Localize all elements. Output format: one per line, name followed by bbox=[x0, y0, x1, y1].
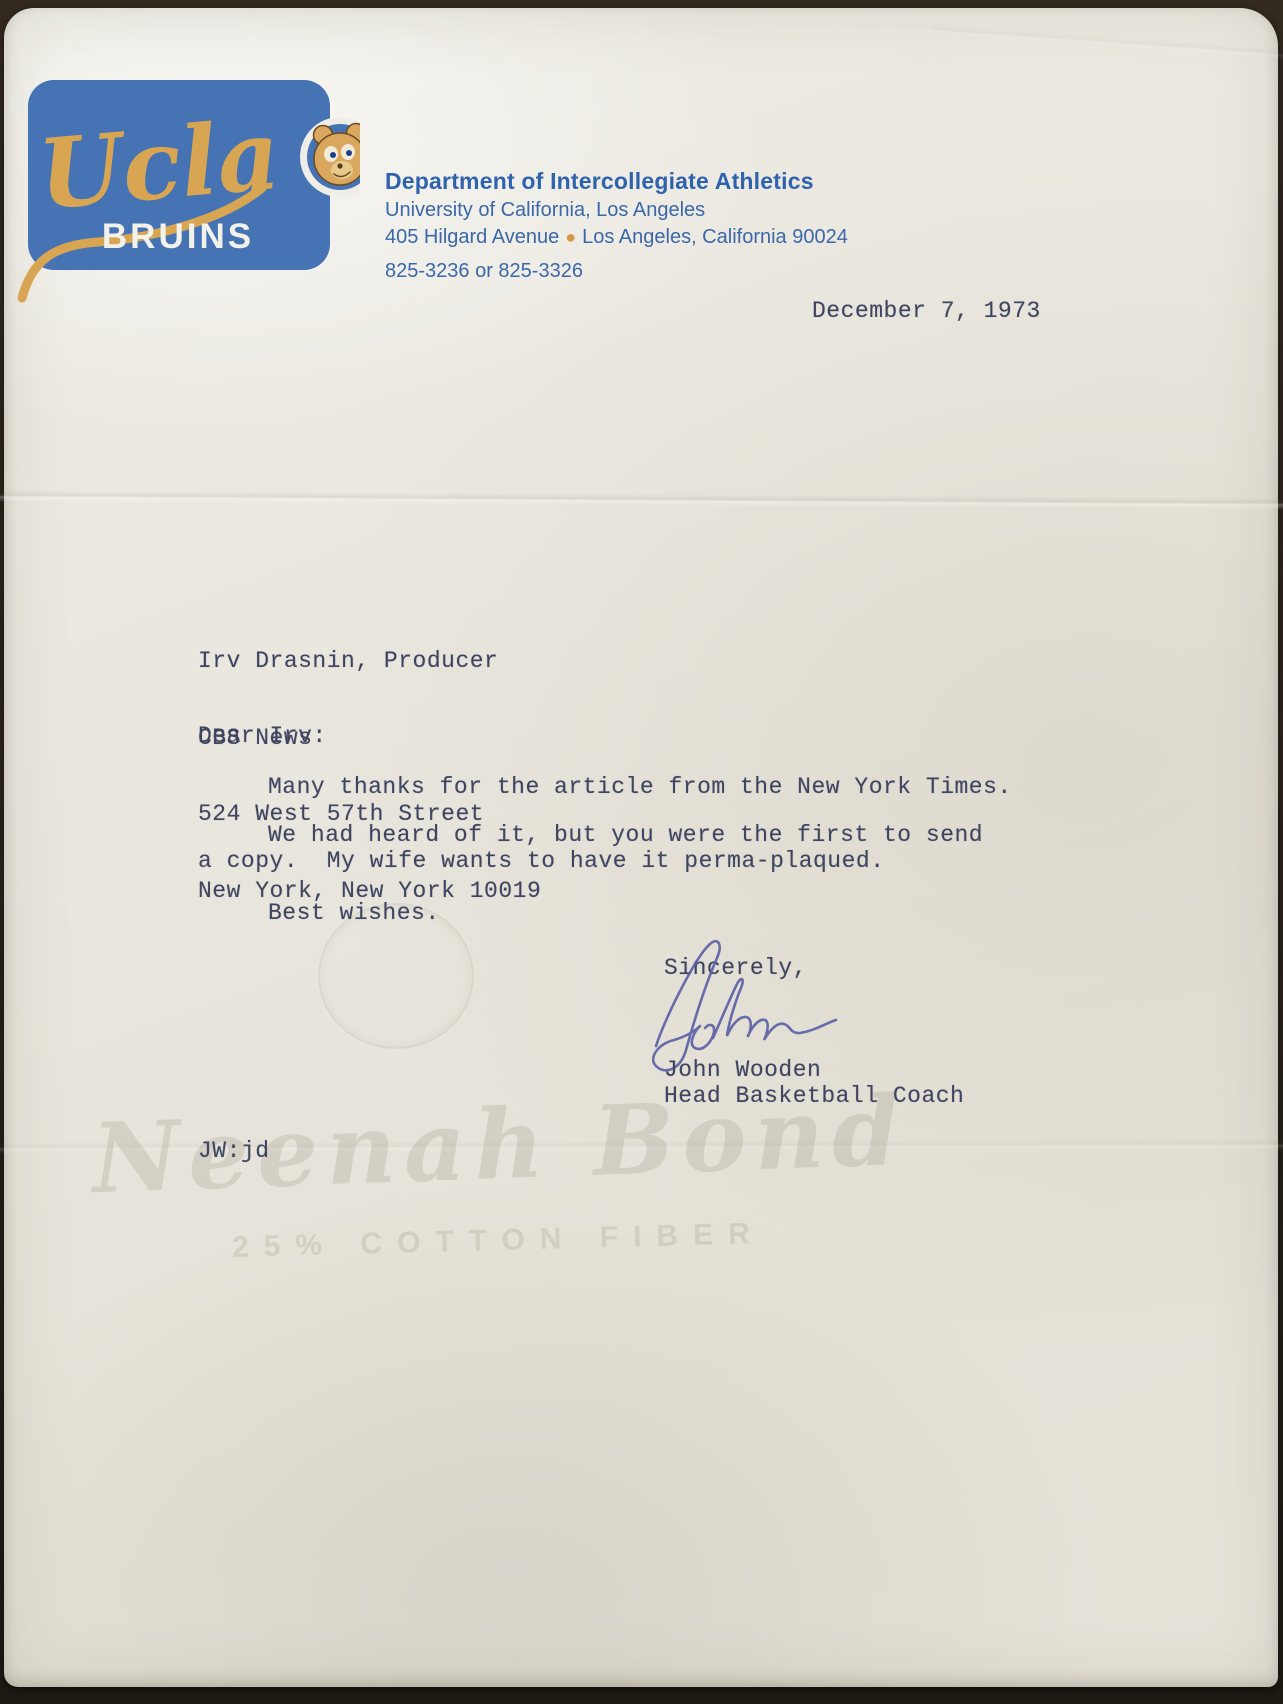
ucla-bruins-logo: Ucla BRUINS bbox=[10, 70, 360, 310]
bullet-separator-icon: ● bbox=[559, 227, 582, 247]
street-text: 405 Hilgard Avenue bbox=[385, 226, 559, 248]
signer-name: John Wooden bbox=[664, 1058, 821, 1084]
scanned-letter-photo: Neenah Bond 25% COTTON FIBER Ucla BRUINS… bbox=[0, 0, 1283, 1704]
recipient-line: Irv Drasnin, Producer bbox=[198, 649, 541, 675]
department-title: Department of Intercollegiate Athletics bbox=[385, 168, 814, 195]
body-line: Many thanks for the article from the New… bbox=[268, 775, 1012, 801]
letter-date: December 7, 1973 bbox=[812, 299, 1041, 325]
address-line: 405 Hilgard Avenue●Los Angeles, Californ… bbox=[385, 226, 848, 249]
body-line: We had heard of it, but you were the fir… bbox=[268, 823, 983, 849]
body-line: Best wishes. bbox=[268, 901, 440, 927]
phone-line: 825-3236 or 825-3326 bbox=[385, 260, 583, 283]
university-line: University of California, Los Angeles bbox=[385, 199, 705, 222]
typist-reference: JW:jd bbox=[198, 1139, 270, 1165]
logo-team-text: BRUINS bbox=[102, 217, 254, 256]
city-text: Los Angeles, California 90024 bbox=[582, 226, 848, 248]
signer-title: Head Basketball Coach bbox=[664, 1084, 964, 1110]
logo-script-text: Ucla bbox=[34, 98, 284, 232]
body-line: a copy. My wife wants to have it perma-p… bbox=[198, 849, 885, 875]
salutation: Dear Irv: bbox=[198, 724, 327, 750]
